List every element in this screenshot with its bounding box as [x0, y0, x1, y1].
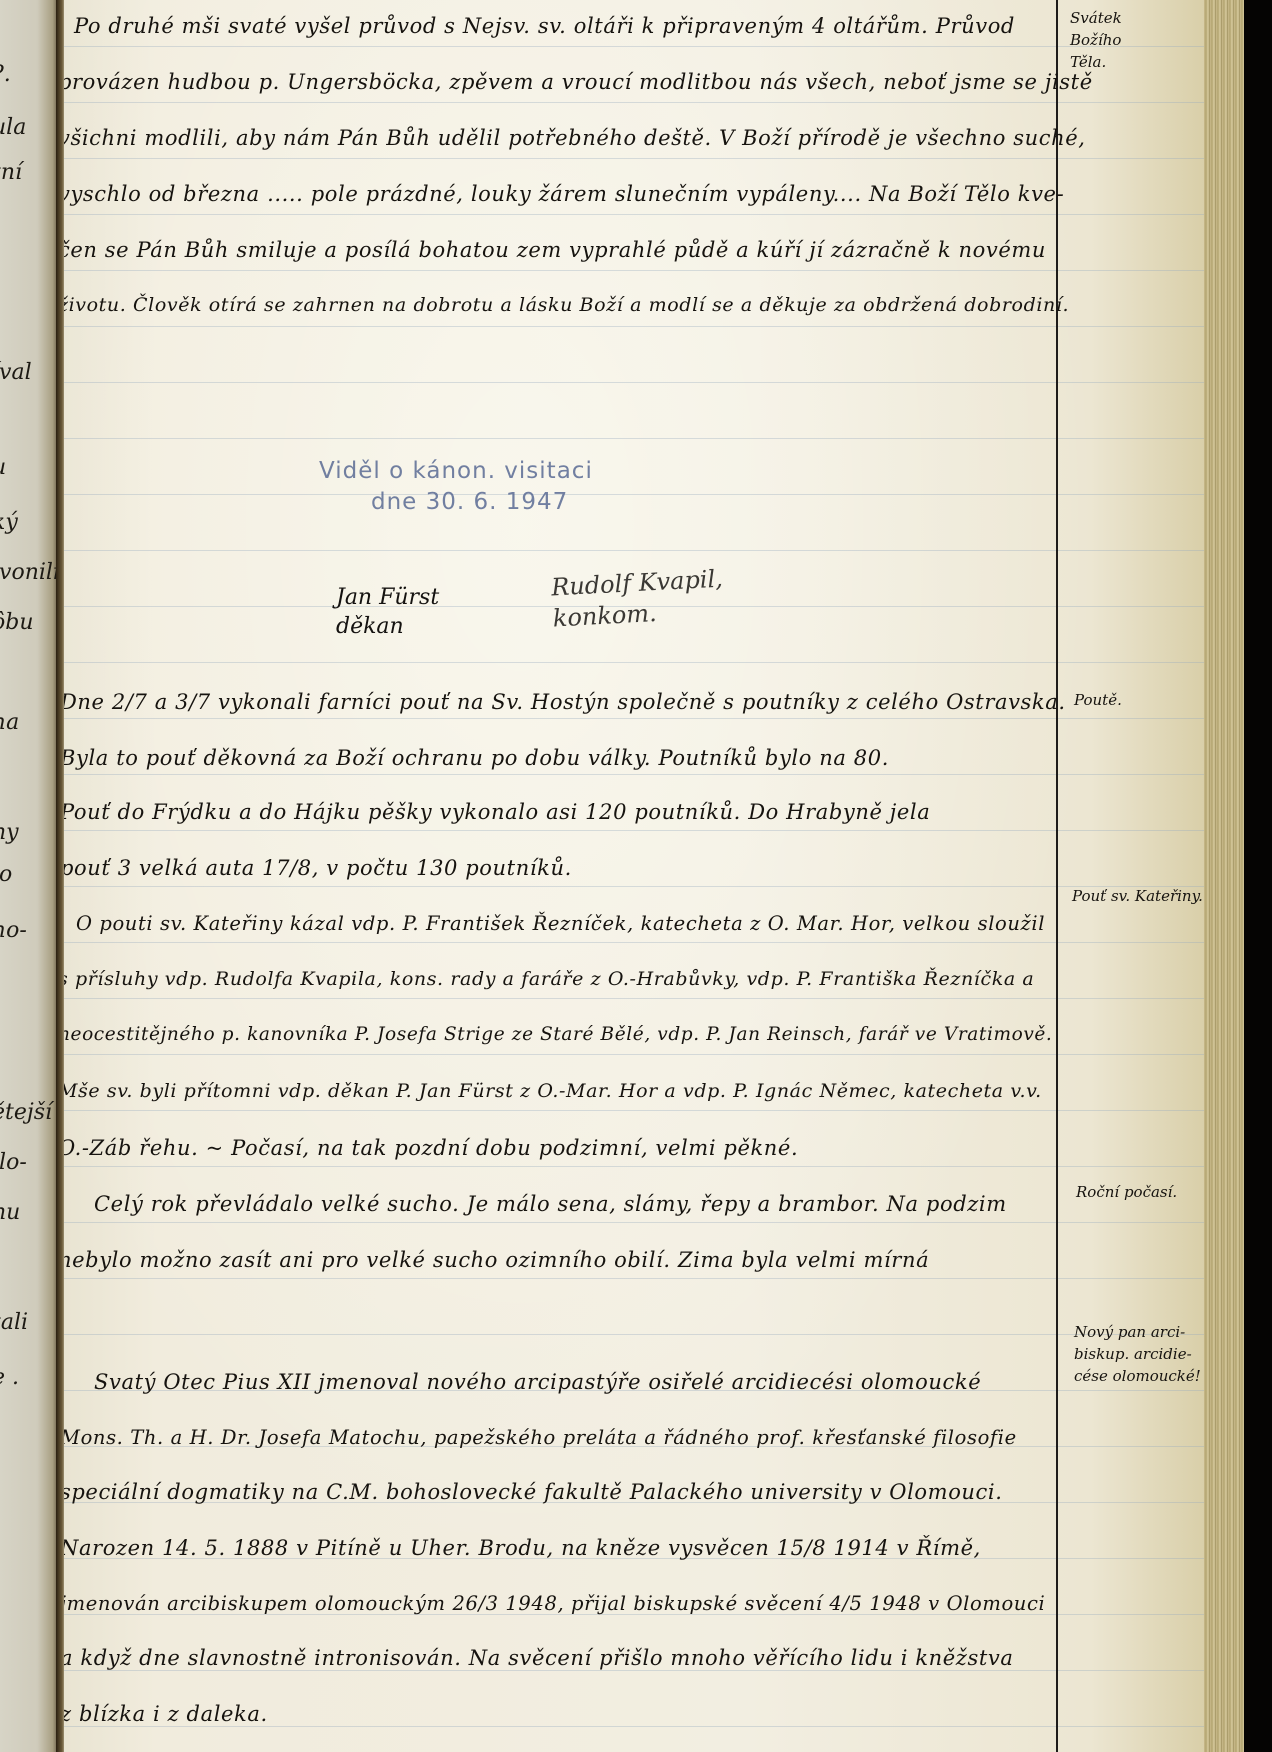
margin-note: Poutě. — [1074, 690, 1122, 712]
left-page-fragment: tali — [0, 1310, 28, 1335]
stamp-line-1: Viděl o kánon. visitaci — [319, 458, 593, 484]
text-line: Celý rok převládalo velké sucho. Je málo… — [94, 1192, 1007, 1216]
ruled-line — [64, 1726, 1204, 1727]
left-page-fragment: ho- — [0, 918, 27, 943]
text-line: Po druhé mši svaté vyšel průvod s Nejsv.… — [74, 14, 1015, 38]
ruled-line — [64, 1670, 1204, 1671]
left-page-fragment: ětejší — [0, 1100, 52, 1125]
visitation-stamp: Viděl o kánon. visitaci dne 30. 6. 1947 — [319, 456, 593, 518]
ruled-line — [64, 774, 1204, 775]
left-page-fragment: ilo- — [0, 1150, 27, 1175]
left-page-fragment: nu — [0, 1200, 20, 1225]
signature-dean: Jan Fürst děkan — [336, 584, 439, 641]
text-line: Dne 2/7 a 3/7 vykonali farníci pouť na S… — [64, 690, 1066, 714]
text-line: pouť 3 velká auta 17/8, v počtu 130 pout… — [64, 856, 572, 880]
margin-note: Roční počasí. — [1076, 1182, 1177, 1204]
text-line: O.-Záb řehu. ~ Počasí, na tak pozdní dob… — [64, 1136, 798, 1160]
left-page-fragment: u — [0, 455, 6, 480]
left-facing-page: ?. ula tní íval u ký ivonili ôbu ha ny l… — [0, 0, 62, 1752]
page-edges — [1204, 0, 1244, 1752]
text-line: Narozen 14. 5. 1888 v Pitíně u Uher. Bro… — [64, 1536, 981, 1560]
ruled-line — [64, 1054, 1204, 1055]
text-line: provázen hudbou p. Ungersböcka, zpěvem a… — [64, 70, 1093, 94]
ruled-line — [64, 942, 1204, 943]
left-page-fragment: íval — [0, 360, 32, 385]
left-page-fragment: lo — [0, 862, 12, 887]
ruled-line — [64, 886, 1204, 887]
text-line: vyschlo od března ..... pole prázdné, lo… — [64, 182, 1064, 206]
ruled-line — [64, 158, 1204, 159]
margin-note: Pouť sv. Kateřiny. — [1072, 886, 1203, 908]
text-line: neocestitějného p. kanovníka P. Josefa S… — [64, 1024, 1052, 1045]
ruled-line — [64, 1222, 1204, 1223]
signature-kvapil: Rudolf Kvapil, konkom. — [550, 564, 725, 635]
text-line: životu. Člověk otírá se zahrnen na dobro… — [64, 294, 1069, 316]
ruled-line — [64, 1278, 1204, 1279]
ruled-line — [64, 214, 1204, 215]
ruled-line — [64, 382, 1204, 383]
text-line: jmenován arcibiskupem olomouckým 26/3 19… — [64, 1592, 1045, 1615]
text-line: Mons. Th. a H. Dr. Josefa Matochu, papež… — [64, 1426, 1017, 1449]
left-page-fragment: tní — [0, 160, 22, 185]
text-line: z blízka i z daleka. — [64, 1702, 268, 1726]
left-page-fragment: ny — [0, 820, 19, 845]
ruled-line — [64, 326, 1204, 327]
text-line: Mše sv. byli přítomni vdp. děkan P. Jan … — [64, 1080, 1042, 1102]
ruled-line — [64, 270, 1204, 271]
text-line: s přísluhy vdp. Rudolfa Kvapila, kons. r… — [64, 968, 1034, 990]
ruled-line — [64, 438, 1204, 439]
ruled-line — [64, 718, 1204, 719]
ruled-line — [64, 998, 1204, 999]
ruled-line — [64, 494, 1204, 495]
text-line: nebylo možno zasít ani pro velké sucho o… — [64, 1248, 929, 1272]
ruled-line — [64, 1110, 1204, 1111]
left-page-fragment: ?. — [0, 62, 11, 87]
margin-note: Svátek Božího Těla. — [1070, 8, 1122, 73]
text-line: O pouti sv. Kateřiny kázal vdp. P. Frant… — [76, 912, 1045, 935]
ruled-line — [64, 830, 1204, 831]
left-page-fragment: e . — [0, 1365, 19, 1390]
left-page-fragment: ula — [0, 115, 26, 140]
text-line: Pouť do Frýdku a do Hájku pěšky vykonalo… — [64, 800, 930, 824]
text-line: čen se Pán Bůh smiluje a posílá bohatou … — [64, 238, 1046, 262]
text-line: Byla to pouť děkovná za Boží ochranu po … — [64, 746, 889, 770]
text-line: a když dne slavnostně intronisován. Na s… — [64, 1646, 1013, 1670]
text-line: všichni modlili, aby nám Pán Bůh udělil … — [64, 126, 1086, 150]
book-binding-shadow — [1244, 0, 1272, 1752]
left-page-fragment: ivonili — [0, 560, 60, 585]
margin-column-rule — [1056, 0, 1058, 1752]
left-page-fragment: ha — [0, 710, 19, 735]
ruled-line — [64, 1166, 1204, 1167]
left-page-fragment: ôbu — [0, 610, 34, 635]
stamp-line-2: dne 30. 6. 1947 — [319, 487, 593, 518]
ruled-line — [64, 662, 1204, 663]
ruled-line — [64, 102, 1204, 103]
text-line: Svatý Otec Pius XII jmenoval nového arci… — [94, 1370, 981, 1394]
chronicle-page: Po druhé mši svaté vyšel průvod s Nejsv.… — [64, 0, 1204, 1752]
left-page-fragment: ký — [0, 510, 18, 535]
text-line: speciální dogmatiky na C.M. bohoslovecké… — [64, 1480, 1003, 1504]
ruled-line — [64, 1334, 1204, 1335]
ruled-line — [64, 550, 1204, 551]
ruled-line — [64, 46, 1204, 47]
margin-note: Nový pan arci- biskup. arcidie- cése olo… — [1074, 1322, 1201, 1387]
